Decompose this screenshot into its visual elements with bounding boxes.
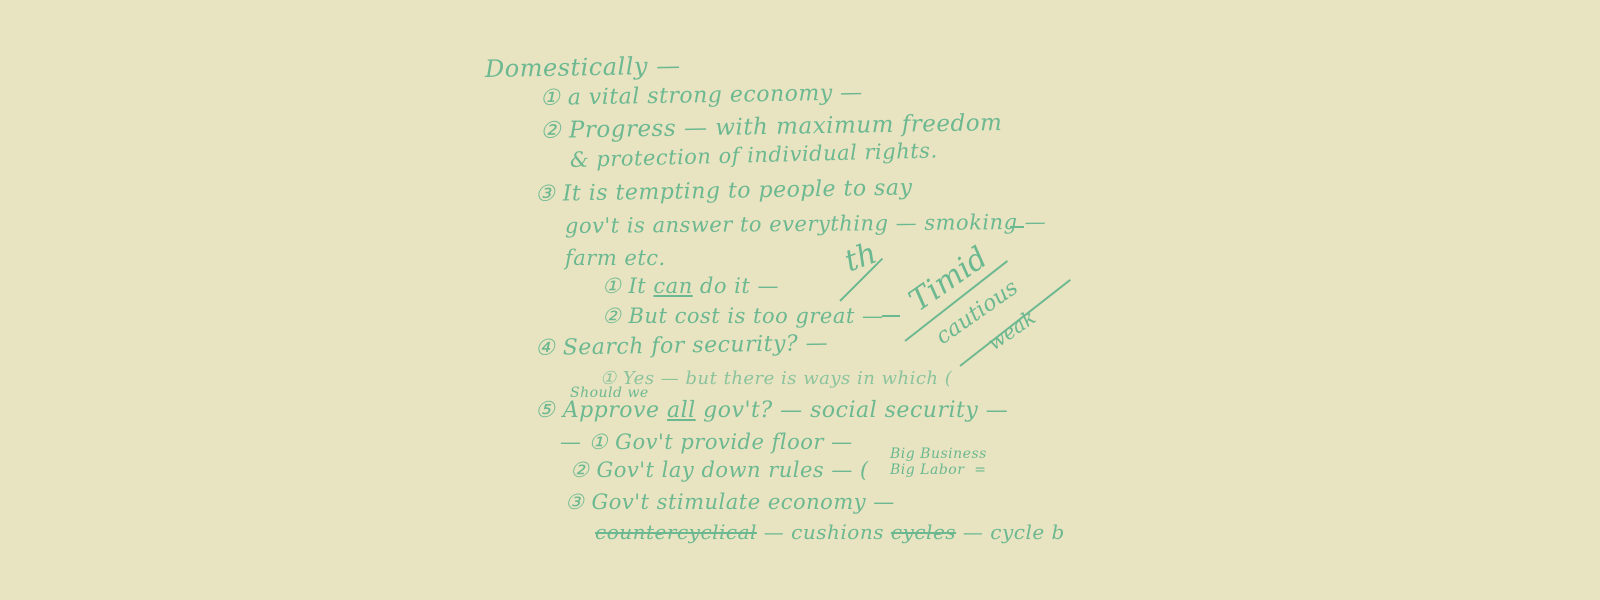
dash-stroke [882,315,900,317]
struck-text: cycles [891,520,956,544]
note-line-gov-floor: — ① Gov't provide floor — [560,430,853,454]
text-fragment: gov't? — social security — [696,398,1009,423]
text-fragment: ⑤ Approve [535,398,667,423]
note-line-gov-rules: ② Gov't lay down rules — ( [570,458,869,482]
note-line-individual-rights: & protection of individual rights. [570,138,938,172]
dash-stroke [1010,226,1024,228]
note-line-cost-too-great: ② But cost is too great — [602,304,883,328]
note-line-farm: farm etc. [565,246,666,270]
margin-initials: th [840,236,881,280]
note-heading: Domestically — [485,52,681,83]
note-bracket-big-business-labor: Big Business Big Labor = [890,446,987,478]
note-line-can-do-it: ① It can do it — [602,274,779,298]
note-line-tempting: ③ It is tempting to people to say [535,175,913,207]
note-line-gov-stimulate: ③ Gov't stimulate economy — [565,490,895,514]
text-fragment: — cushions [757,520,891,544]
note-line-vital-economy: ① a vital strong economy — [540,80,863,111]
text-fragment: ① It [602,274,653,298]
underlined-word: all [667,398,696,423]
text-fragment: do it — [693,274,779,298]
note-line-approve-all-gov: ⑤ Approve all gov't? — social security — [535,398,1008,423]
note-line-gov-answer: gov't is answer to everything — smoking … [565,210,1046,238]
note-line-yes-but: ① Yes — but there is ways in which ( [600,368,952,389]
handwritten-note-page: Domestically — ① a vital strong economy … [0,0,1600,600]
note-line-search-security: ④ Search for security? — [535,331,829,361]
text-fragment: — cycle b [956,520,1065,544]
underlined-word: can [653,274,692,298]
note-line-cushions-cycles: countercyclical — cushions cycles — cycl… [595,520,1065,544]
struck-text: countercyclical [595,520,757,544]
